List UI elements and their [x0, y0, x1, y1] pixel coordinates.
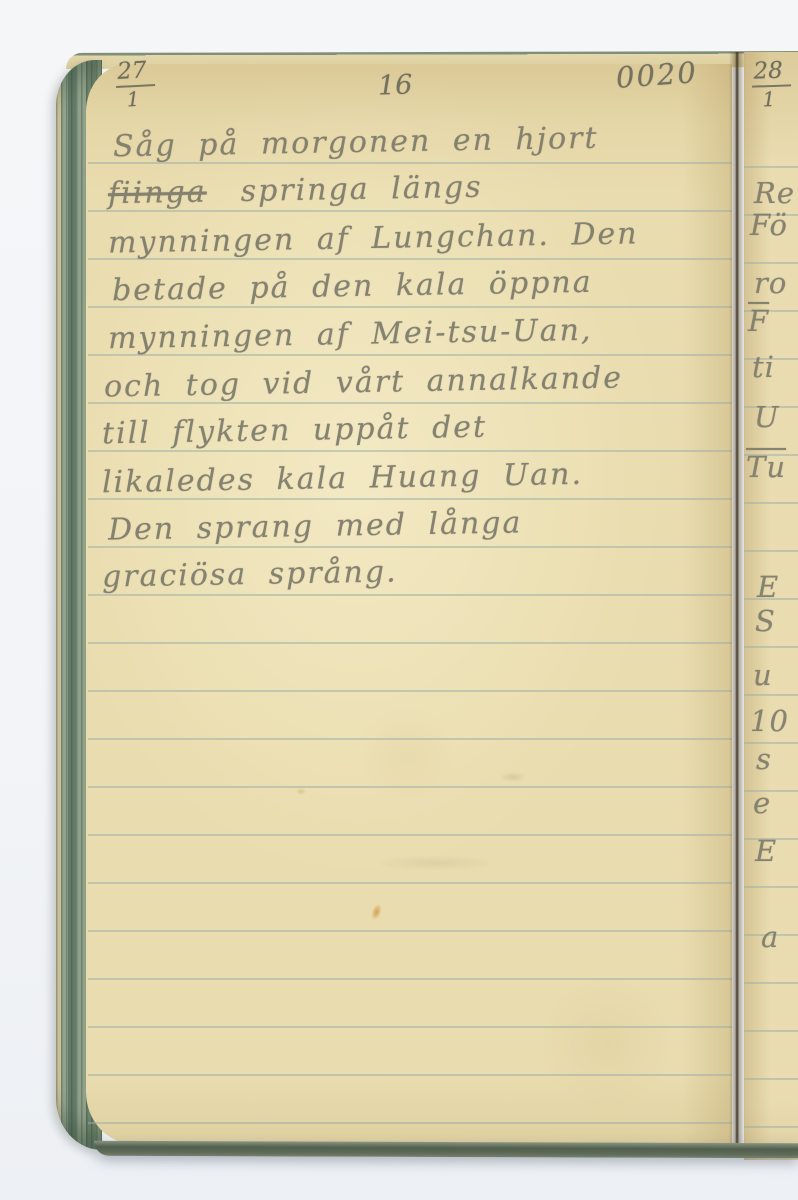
- gutter-fold-icon: [729, 52, 745, 1158]
- handwriting-fragment: s: [756, 744, 772, 776]
- stain-spot: [296, 788, 306, 795]
- handwriting-fragment: U: [754, 402, 779, 434]
- handwriting-line: Såg på morgonen en hjort: [113, 122, 599, 163]
- stain-spot: [500, 772, 526, 782]
- handwriting-fragment: u: [753, 660, 773, 692]
- handwriting-fragment: E: [755, 836, 777, 868]
- handwriting-fragment: ro: [754, 268, 787, 300]
- page-number: 16: [377, 69, 412, 101]
- handwriting-fragment: F: [748, 306, 769, 338]
- notebook-scan: 27 1 16 0020 Såg på morgonen en hjort fi…: [0, 0, 798, 1200]
- handwriting-line: likaledes kala Huang Uan.: [102, 458, 584, 499]
- handwriting-line: fiingaspringa längs: [108, 171, 483, 211]
- handwriting-text: springa längs: [240, 170, 482, 209]
- handwriting-fragment: a: [761, 922, 779, 954]
- handwriting-line: graciösa språng.: [102, 555, 398, 593]
- handwriting-line: mynningen af Mei-tsu-Uan,: [108, 314, 593, 355]
- handwriting-fragment: Re: [754, 178, 795, 210]
- date-numerator: 27: [115, 59, 156, 88]
- date-fraction-left: 27 1: [115, 59, 157, 110]
- scan-number: 0020: [615, 55, 699, 95]
- handwriting-fragment: Fö: [750, 210, 788, 242]
- handwriting-fragment: e: [753, 788, 771, 820]
- handwriting-line: Den sprang med långa: [108, 506, 523, 546]
- handwriting-fragment: E: [757, 572, 779, 604]
- struck-word: fiinga: [108, 175, 207, 212]
- date-numerator: 28: [751, 59, 791, 87]
- date-denominator: 1: [116, 86, 156, 110]
- handwriting-line: till flykten uppåt det: [102, 411, 488, 451]
- handwriting-fragment: Tu: [746, 452, 786, 484]
- handwriting-line: betade på den kala öppna: [112, 266, 593, 307]
- handwriting-fragment: ti: [752, 352, 775, 384]
- handwriting-fragment: 10: [750, 706, 789, 738]
- smudge-mark: [380, 856, 490, 870]
- handwriting-fragment: S: [755, 606, 776, 638]
- date-denominator: 1: [752, 86, 792, 109]
- date-fraction-right: 28 1: [751, 59, 792, 109]
- bottom-page-edge: [94, 1141, 798, 1158]
